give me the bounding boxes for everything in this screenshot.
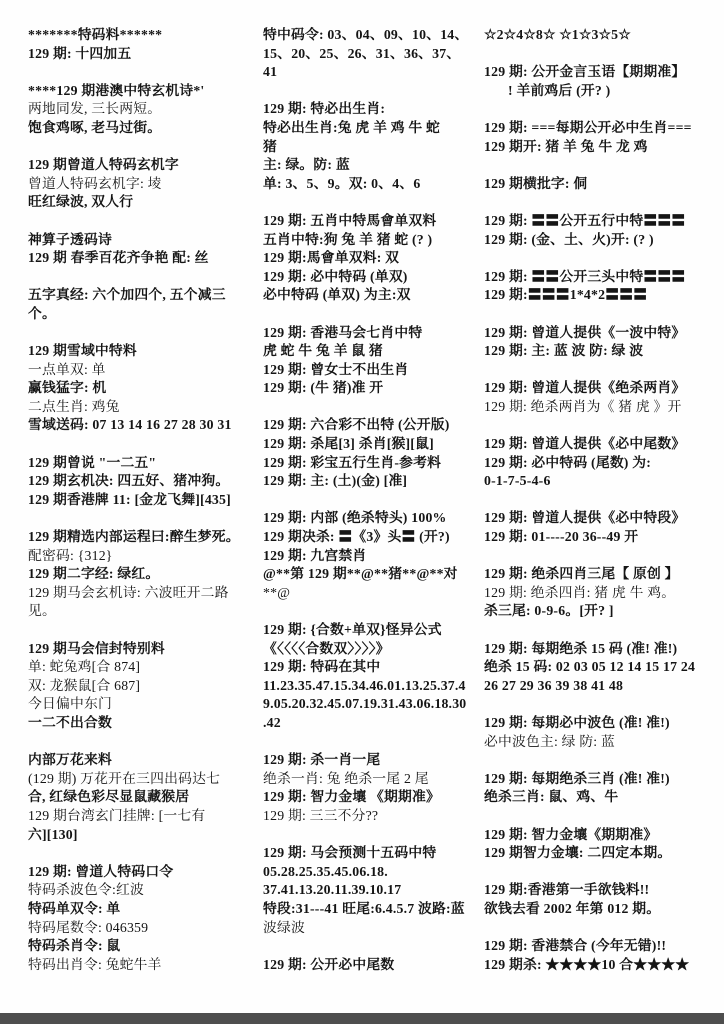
blank-line: [484, 45, 724, 64]
text-line: 特码杀波色令:红波: [28, 881, 263, 900]
blank-line: [484, 156, 724, 175]
text-line: 波绿波: [263, 919, 484, 938]
text-line: 猪: [263, 138, 484, 157]
text-line: 129 期横批字: 侗: [484, 175, 724, 194]
text-line: 41: [263, 63, 484, 82]
text-line: 129 期开: 猪 羊 兔 牛 龙 鸡: [484, 138, 724, 157]
text-line: 129 期 春季百花齐争艳 配: 丝: [28, 249, 263, 268]
text-line: 五字真经: 六个加四个, 五个减三: [28, 286, 263, 305]
text-line: 129 期: (牛 猪)准 开: [263, 379, 484, 398]
text-line: 129 期: 曾道人特码口令: [28, 863, 263, 882]
text-line: 9.05.20.32.45.07.19.31.43.06.18.30: [263, 695, 484, 714]
blank-line: [484, 919, 724, 938]
text-line: ****129 期港澳中特玄机诗*': [28, 82, 263, 101]
text-line: 曾道人特码玄机字: 堎: [28, 175, 263, 194]
blank-line: [484, 361, 724, 380]
text-line: 单: 3、5、9。双: 0、4、6: [263, 175, 484, 194]
blank-line: [263, 733, 484, 752]
text-line: 05.28.25.35.45.06.18.: [263, 863, 484, 882]
text-line: 特中码令: 03、04、09、10、14、: [263, 26, 484, 45]
blank-line: [28, 268, 263, 287]
blank-line: [263, 305, 484, 324]
text-line: 0-1-7-5-4-6: [484, 472, 724, 491]
blank-line: [484, 193, 724, 212]
text-line: 旺红绿波, 双人行: [28, 193, 263, 212]
blank-line: [484, 807, 724, 826]
text-line: 129 期: 〓〓公开三头中特〓〓〓: [484, 268, 724, 287]
text-line: 15、20、25、26、31、36、37、: [263, 45, 484, 64]
text-line: 129 期智力金壤: 二四定本期。: [484, 844, 724, 863]
text-line: 一二不出合数: [28, 714, 263, 733]
blank-line: [263, 398, 484, 417]
text-line: 129 期雪域中特料: [28, 342, 263, 361]
text-line: 129 期: 曾道人提供《一波中特》: [484, 324, 724, 343]
text-line: 129 期:馬會单双料: 双: [263, 249, 484, 268]
scan-artifact-bottom-bar: [0, 1013, 724, 1024]
blank-line: [263, 602, 484, 621]
text-line: 一点单双: 单: [28, 361, 263, 380]
text-line: 特段:31---41 旺尾:6.4.5.7 波路:蓝: [263, 900, 484, 919]
text-line: 129 期决杀: 〓《3》头〓 (开?): [263, 528, 484, 547]
blank-line: [28, 844, 263, 863]
text-line: 129 期: 每期绝杀三肖 (准! 准!): [484, 770, 724, 789]
blank-line: [484, 863, 724, 882]
blank-line: [484, 491, 724, 510]
text-line: 虎 蛇 牛 兔 羊 鼠 猪: [263, 342, 484, 361]
blank-line: [484, 751, 724, 770]
text-line: 赢钱猛字: 机: [28, 379, 263, 398]
blank-line: [28, 621, 263, 640]
text-line: 双: 龙猴鼠[合 687]: [28, 677, 263, 696]
text-line: 129 期: 公开必中尾数: [263, 956, 484, 975]
text-line: 129 期: 01----20 36--49 开: [484, 528, 724, 547]
text-line: 129 期: 智力金壤《期期准》: [484, 826, 724, 845]
text-line: 主: 绿。防: 蓝: [263, 156, 484, 175]
text-line: 《〈〈〈〈合数双〉〉〉〉》: [263, 640, 484, 659]
text-line: 129 期: {合数+单双}怪异公式: [263, 621, 484, 640]
text-line: 129 期: 特必出生肖:: [263, 100, 484, 119]
text-line: 129 期玄机决: 四五好、猪冲狗。: [28, 472, 263, 491]
text-line: 特码出肖令: 兔蛇牛羊: [28, 956, 263, 975]
text-line: 必中波色主: 绿 防: 蓝: [484, 733, 724, 752]
text-line: 129 期: 杀尾[3] 杀肖[猴][鼠]: [263, 435, 484, 454]
text-line: 129 期马会玄机诗: 六波旺开二路: [28, 584, 263, 603]
text-line: 二点生肖: 鸡兔: [28, 398, 263, 417]
text-line: 129 期: ===每期公开必中生肖===: [484, 119, 724, 138]
text-line: 今日偏中东门: [28, 695, 263, 714]
text-line: 特码单双令: 单: [28, 900, 263, 919]
blank-line: [28, 435, 263, 454]
text-line: 绝杀一肖: 兔 绝杀一尾 2 尾: [263, 770, 484, 789]
text-line: 129 期二字经: 绿红。: [28, 565, 263, 584]
text-line: 129 期:〓〓〓1*4*2〓〓〓: [484, 286, 724, 305]
text-line: 见。: [28, 602, 263, 621]
text-line: 饱食鸡啄, 老马过街。: [28, 119, 263, 138]
blank-line: [28, 138, 263, 157]
text-line: 129 期: 特码在其中: [263, 658, 484, 677]
text-line: 绝杀 15 码: 02 03 05 12 14 15 17 24: [484, 658, 724, 677]
text-line: 129 期: 必中特码 (尾数) 为:: [484, 454, 724, 473]
text-line: 129 期: 〓〓公开五行中特〓〓〓: [484, 212, 724, 231]
text-line: .42: [263, 714, 484, 733]
text-line: 129 期: 绝杀四肖三尾【 原创 】: [484, 565, 724, 584]
blank-line: [263, 82, 484, 101]
text-line: 11.23.35.47.15.34.46.01.13.25.37.4: [263, 677, 484, 696]
text-line: 129 期精选内部运程曰:醉生梦死。: [28, 528, 263, 547]
text-line: 神算子透码诗: [28, 231, 263, 250]
blank-line: [28, 509, 263, 528]
text-line: 129 期: 三三不分??: [263, 807, 484, 826]
text-line: 129 期: 每期绝杀 15 码 (准! 准!): [484, 640, 724, 659]
text-line: 129 期: 每期必中波色 (准! 准!): [484, 714, 724, 733]
blank-line: [28, 733, 263, 752]
text-line: 六][130]: [28, 826, 263, 845]
text-line: 129 期: 曾女士不出生肖: [263, 361, 484, 380]
text-line: 单: 蛇兔鸡[合 874]: [28, 658, 263, 677]
text-line: 129 期曾说 "一二五": [28, 454, 263, 473]
text-line: 必中特码 (单双) 为主:双: [263, 286, 484, 305]
text-line: 绝杀三肖: 鼠、鸡、牛: [484, 788, 724, 807]
blank-line: [484, 547, 724, 566]
text-line: 欲钱去看 2002 年第 012 期。: [484, 900, 724, 919]
text-line: 129 期: 智力金壤 《期期准》: [263, 788, 484, 807]
text-line: 129 期: 九宫禁肖: [263, 547, 484, 566]
text-line: 37.41.13.20.11.39.10.17: [263, 881, 484, 900]
text-line: 杀三尾: 0-9-6。[开? ]: [484, 602, 724, 621]
text-line: 特必出生肖:兔 虎 羊 鸡 牛 蛇: [263, 119, 484, 138]
text-line: 129 期杀: ★★★★10 合★★★★: [484, 956, 724, 975]
text-line: 26 27 29 36 39 38 41 48: [484, 677, 724, 696]
text-line: **@: [263, 584, 484, 603]
text-line: 两地同发, 三长两短。: [28, 100, 263, 119]
text-line: @**第 129 期**@**猪**@**对: [263, 565, 484, 584]
lottery-tip-sheet: *******特码料******129 期: 十四加五 ****129 期港澳中…: [0, 0, 724, 1024]
text-line: 129 期: 主: 蓝 波 防: 绿 波: [484, 342, 724, 361]
blank-line: [263, 937, 484, 956]
column-middle: 特中码令: 03、04、09、10、14、15、20、25、26、31、36、3…: [263, 26, 484, 974]
text-line: ☆2☆4☆8☆ ☆1☆3☆5☆: [484, 26, 724, 45]
blank-line: [484, 305, 724, 324]
text-line: 129 期: 绝杀两肖为《 猪 虎 》开: [484, 398, 724, 417]
blank-line: [263, 193, 484, 212]
text-line: 129 期: 马会预测十五码中特: [263, 844, 484, 863]
text-line: 129 期: 绝杀四肖: 猪 虎 牛 鸡。: [484, 584, 724, 603]
blank-line: [484, 100, 724, 119]
text-line: 特码杀肖令: 鼠: [28, 937, 263, 956]
text-line: 特码尾数令: 046359: [28, 919, 263, 938]
column-right: ☆2☆4☆8☆ ☆1☆3☆5☆ 129 期: 公开金言玉语【期期准】! 羊前鸡后…: [484, 26, 724, 974]
text-line: 129 期曾道人特码玄机字: [28, 156, 263, 175]
text-line: 129 期: 曾道人提供《必中尾数》: [484, 435, 724, 454]
text-line: 129 期: 曾道人提供《必中特段》: [484, 509, 724, 528]
blank-line: [263, 826, 484, 845]
text-line: (129 期) 万花开在三四出码达七: [28, 770, 263, 789]
blank-line: [28, 324, 263, 343]
text-line: 五肖中特:狗 兔 羊 猪 蛇 (? ): [263, 231, 484, 250]
text-line: 129 期: 主: (土)(金) [准]: [263, 472, 484, 491]
text-line: 配密码: {312}: [28, 547, 263, 566]
blank-line: [484, 249, 724, 268]
text-line: ! 羊前鸡后 (开? ): [484, 82, 724, 101]
text-line: 129 期: (金、土、火)开: (? ): [484, 231, 724, 250]
blank-line: [28, 212, 263, 231]
text-line: 129 期: 内部 (绝杀特头) 100%: [263, 509, 484, 528]
text-line: 合, 红绿色彩尽显鼠藏猴居: [28, 788, 263, 807]
text-line: 129 期: 十四加五: [28, 45, 263, 64]
text-line: 129 期: 必中特码 (单双): [263, 268, 484, 287]
text-line: 129 期: 彩宝五行生肖-参考料: [263, 454, 484, 473]
text-line: 129 期: 杀一肖一尾: [263, 751, 484, 770]
text-line: 129 期香港牌 11: [金龙飞舞][435]: [28, 491, 263, 510]
text-line: 个。: [28, 305, 263, 324]
column-left: *******特码料******129 期: 十四加五 ****129 期港澳中…: [28, 26, 263, 974]
blank-line: [263, 491, 484, 510]
text-line: 129 期: 六合彩不出特 (公开版): [263, 416, 484, 435]
blank-line: [484, 695, 724, 714]
text-line: 129 期: 公开金言玉语【期期准】: [484, 63, 724, 82]
text-line: 129 期: 五肖中特馬會单双料: [263, 212, 484, 231]
text-line: 129 期: 香港马会七肖中特: [263, 324, 484, 343]
text-line: 129 期台湾玄门挂牌: [一七有: [28, 807, 263, 826]
text-line: 雪域送码: 07 13 14 16 27 28 30 31: [28, 416, 263, 435]
text-line: 129 期: 香港禁合 (今年无错)!!: [484, 937, 724, 956]
blank-line: [484, 621, 724, 640]
text-line: 129 期:香港第一手欲钱料!!: [484, 881, 724, 900]
text-line: 129 期马会信封特别料: [28, 640, 263, 659]
text-columns: *******特码料******129 期: 十四加五 ****129 期港澳中…: [0, 0, 724, 974]
blank-line: [484, 416, 724, 435]
blank-line: [28, 63, 263, 82]
text-line: 内部万花来料: [28, 751, 263, 770]
text-line: 129 期: 曾道人提供《绝杀两肖》: [484, 379, 724, 398]
text-line: *******特码料******: [28, 26, 263, 45]
